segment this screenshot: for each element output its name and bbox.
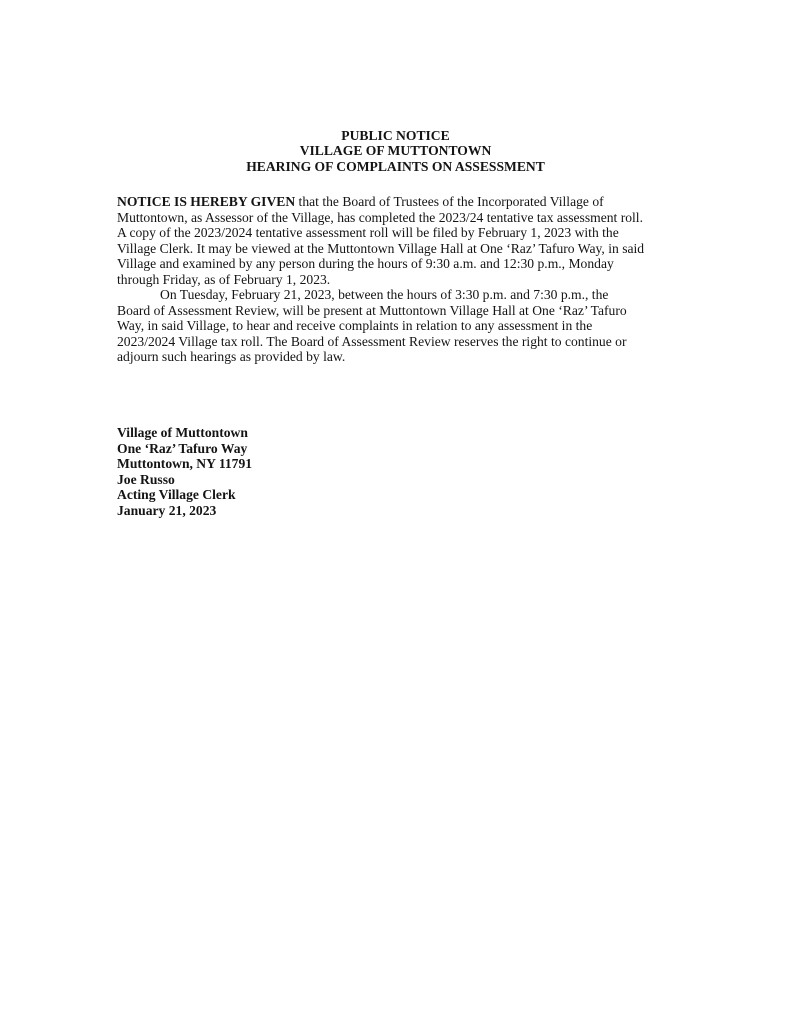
heading-title: PUBLIC NOTICE <box>0 128 791 143</box>
signature-address: One ‘Raz’ Tafuro Way <box>117 441 252 457</box>
signature-date: January 21, 2023 <box>117 503 252 519</box>
paragraph-line: NOTICE IS HEREBY GIVEN that the Board of… <box>117 194 697 210</box>
paragraph-line: Muttontown, as Assessor of the Village, … <box>117 210 697 226</box>
paragraph-line: through Friday, as of February 1, 2023. <box>117 272 697 288</box>
paragraph-hearing: On Tuesday, February 21, 2023, between t… <box>117 287 697 365</box>
paragraph-line: On Tuesday, February 21, 2023, between t… <box>117 287 697 303</box>
notice-heading: PUBLIC NOTICE VILLAGE OF MUTTONTOWN HEAR… <box>0 128 791 174</box>
paragraph-line: Way, in said Village, to hear and receiv… <box>117 318 697 334</box>
notice-body: NOTICE IS HEREBY GIVEN that the Board of… <box>117 194 697 365</box>
heading-village: VILLAGE OF MUTTONTOWN <box>0 143 791 158</box>
paragraph-notice: NOTICE IS HEREBY GIVEN that the Board of… <box>117 194 697 287</box>
notice-lead-rest: that the Board of Trustees of the Incorp… <box>295 194 604 209</box>
signature-village: Village of Muttontown <box>117 425 252 441</box>
signature-block: Village of Muttontown One ‘Raz’ Tafuro W… <box>117 425 252 518</box>
paragraph-line: Village Clerk. It may be viewed at the M… <box>117 241 697 257</box>
paragraph-line: Board of Assessment Review, will be pres… <box>117 303 697 319</box>
paragraph-line: A copy of the 2023/2024 tentative assess… <box>117 225 697 241</box>
paragraph-line: adjourn such hearings as provided by law… <box>117 349 697 365</box>
document-page: PUBLIC NOTICE VILLAGE OF MUTTONTOWN HEAR… <box>0 0 791 1024</box>
signature-title: Acting Village Clerk <box>117 487 252 503</box>
signature-city: Muttontown, NY 11791 <box>117 456 252 472</box>
heading-subject: HEARING OF COMPLAINTS ON ASSESSMENT <box>0 159 791 174</box>
paragraph-line: Village and examined by any person durin… <box>117 256 697 272</box>
paragraph-line: 2023/2024 Village tax roll. The Board of… <box>117 334 697 350</box>
signature-name: Joe Russo <box>117 472 252 488</box>
notice-lead: NOTICE IS HEREBY GIVEN <box>117 194 295 209</box>
